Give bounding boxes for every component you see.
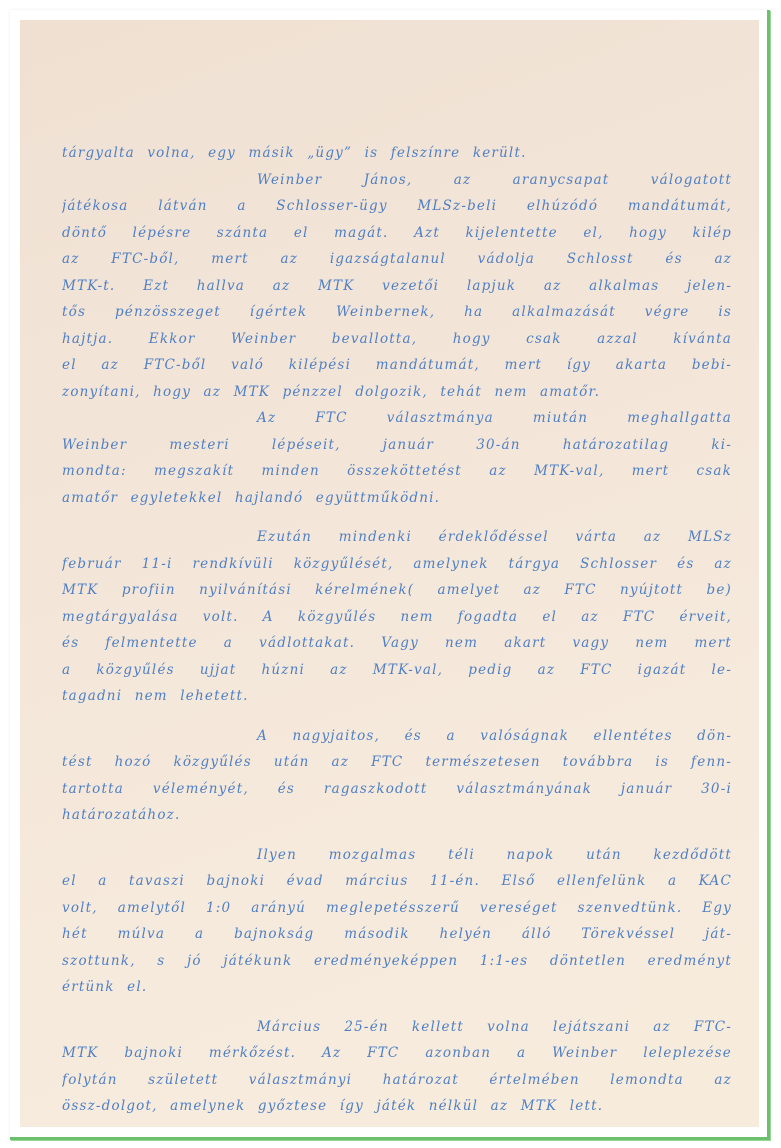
text-line: Az FTC választmánya miután meghallgatta — [62, 405, 732, 432]
text-line: tést hozó közgyűlés után az FTC természe… — [62, 749, 732, 776]
paragraph: Ilyen mozgalmas téli napok után kezdődöt… — [62, 842, 732, 1001]
paragraph: Az FTC választmánya miután meghallgattaW… — [62, 405, 732, 511]
text-line: az FTC-ből, mert az igazságtalanul vádol… — [62, 246, 732, 273]
paragraph-gap — [62, 710, 732, 723]
text-line: megtárgyalása volt. A közgyűlés nem foga… — [62, 604, 732, 631]
text-line: el az FTC-ből való kilépési mandátumát, … — [62, 352, 732, 379]
text-line: a közgyűlés ujjat húzni az MTK-val, pedi… — [62, 657, 732, 684]
paragraph: A nagyjaitos, és a valóságnak ellentétes… — [62, 723, 732, 829]
text-line: A nagyjaitos, és a valóságnak ellentétes… — [62, 723, 732, 750]
text-line: határozatához. — [62, 802, 732, 829]
text-line: folytán született választmányi határozat… — [62, 1067, 732, 1094]
text-line: szottunk, s jó játékunk eredményeképpen … — [62, 948, 732, 975]
text-line: volt, amelytől 1:0 arányú meglepetésszer… — [62, 895, 732, 922]
text-line: MTK bajnoki mérkőzést. Az FTC azonban a … — [62, 1040, 732, 1067]
text-line: tagadni nem lehetett. — [62, 683, 732, 710]
text-line: MTK-t. Ezt hallva az MTK vezetői lapjuk … — [62, 273, 732, 300]
text-line: Ezután mindenki érdeklődéssel várta az M… — [62, 524, 732, 551]
paragraph: tárgyalta volna, egy másik „ügy” is fels… — [62, 140, 732, 167]
paragraph-gap — [62, 1001, 732, 1014]
paragraph-gap — [62, 511, 732, 524]
text-line: és felmentette a vádlottakat. Vagy nem a… — [62, 630, 732, 657]
text-line: Weinber mesteri lépéseit, január 30-án h… — [62, 432, 732, 459]
paragraph: Március 25-én kellett volna lejátszani a… — [62, 1014, 732, 1120]
text-line: játékosa látván a Schlosser-ügy MLSz-bel… — [62, 193, 732, 220]
text-line: Ilyen mozgalmas téli napok után kezdődöt… — [62, 842, 732, 869]
paragraph: Ezután mindenki érdeklődéssel várta az M… — [62, 524, 732, 710]
text-line: Weinber János, az aranycsapat válogatott — [62, 167, 732, 194]
text-line: el a tavaszi bajnoki évad március 11-én.… — [62, 868, 732, 895]
text-line: hét múlva a bajnokság második helyén áll… — [62, 921, 732, 948]
text-line: február 11-i rendkívüli közgyűlését, ame… — [62, 551, 732, 578]
paragraph-gap — [62, 829, 732, 842]
paragraph: Weinber János, az aranycsapat válogatott… — [62, 167, 732, 406]
text-line: értünk el. — [62, 974, 732, 1001]
text-line: Március 25-én kellett volna lejátszani a… — [62, 1014, 732, 1041]
text-line: MTK profiin nyilvánítási kérelmének( ame… — [62, 577, 732, 604]
text-line: amatőr egyletekkel hajlandó együttműködn… — [62, 485, 732, 512]
text-line: zonyítani, hogy az MTK pénzzel dolgozik,… — [62, 379, 732, 406]
text-line: össz-dolgot, amelynek győztese így játék… — [62, 1093, 732, 1120]
text-line: tárgyalta volna, egy másik „ügy” is fels… — [62, 140, 732, 167]
text-line: tős pénzösszeget ígértek Weinbernek, ha … — [62, 299, 732, 326]
handwritten-text-body: tárgyalta volna, egy másik „ügy” is fels… — [62, 140, 732, 1120]
text-line: hajtja. Ekkor Weinber bevallotta, hogy c… — [62, 326, 732, 353]
text-line: döntő lépésre szánta el magát. Azt kijel… — [62, 220, 732, 247]
text-line: tartotta véleményét, és ragaszkodott vál… — [62, 776, 732, 803]
text-line: mondta: megszakít minden összeköttetést … — [62, 458, 732, 485]
